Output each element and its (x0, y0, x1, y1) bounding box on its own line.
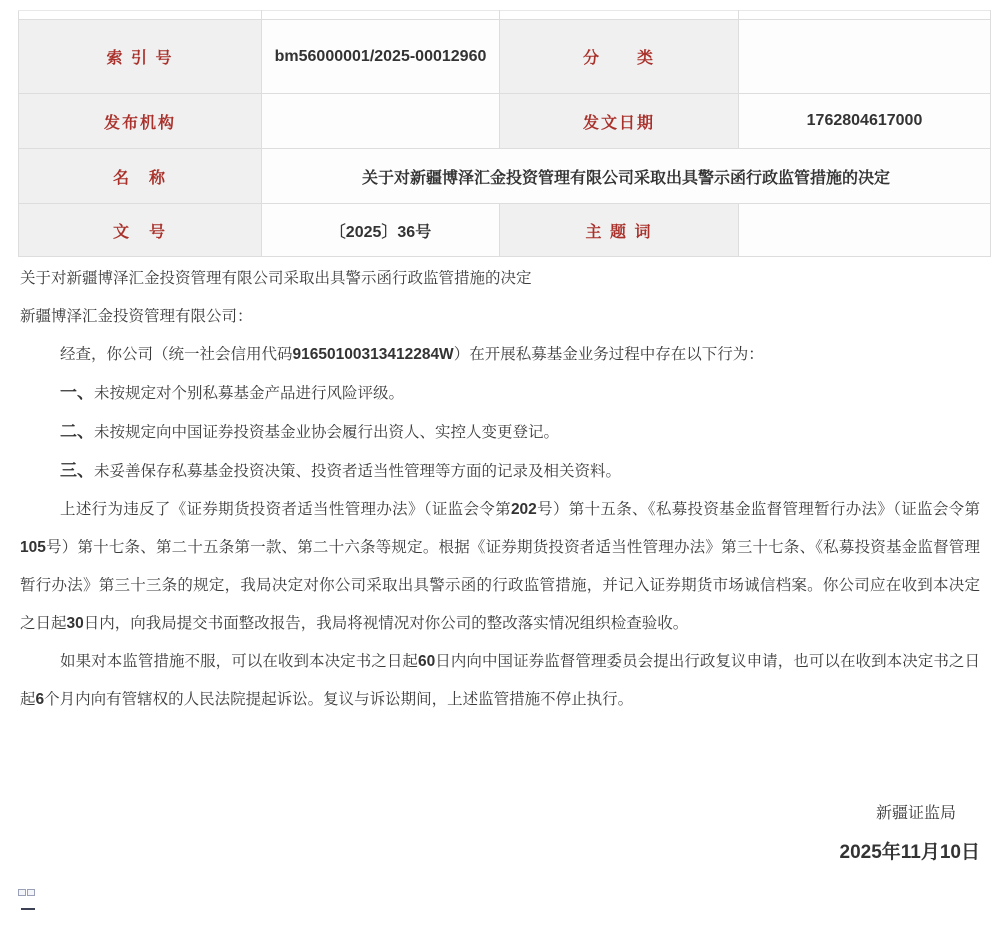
spacer-cell (262, 11, 500, 20)
salutation: 新疆博泽汇金投资管理有限公司： (20, 298, 980, 336)
meta-label-issuing-agency: 发布机构 (19, 94, 262, 149)
item-marker: 三、 (60, 461, 94, 480)
item-text: 未按规定对个别私募基金产品进行风险评级。 (94, 385, 404, 402)
spacer-cell (19, 11, 262, 20)
meta-table-spacer-row (19, 11, 991, 20)
meta-value-document-number: 〔2025〕36号 (262, 204, 500, 257)
document-meta-table: 索 引 号 bm56000001/2025-00012960 分 类 发布机构 … (18, 10, 991, 257)
meta-value-category (739, 20, 991, 94)
spacer-cell (500, 11, 739, 20)
meta-row-name: 名 称 关于对新疆博泽汇金投资管理有限公司采取出具警示函行政监管措施的决定 (19, 149, 991, 204)
meta-label-index-number: 索 引 号 (19, 20, 262, 94)
item-text: 未妥善保存私募基金投资决策、投资者适当性管理等方面的记录及相关资料。 (94, 463, 621, 480)
appeal-paragraph: 如果对本监管措施不服，可以在收到本决定书之日起60日内向中国证券监督管理委员会提… (20, 643, 980, 719)
meta-row-agency: 发布机构 发文日期 1762804617000 (19, 94, 991, 149)
item-text: 未按规定向中国证券投资基金业协会履行出资人、实控人变更登记。 (94, 424, 559, 441)
document-page: 索 引 号 bm56000001/2025-00012960 分 类 发布机构 … (0, 0, 1000, 936)
broken-image-icon (18, 889, 26, 896)
issue-date-line: 2025年11月10日 (20, 833, 980, 873)
broken-image-link[interactable] (18, 889, 36, 903)
spacer-cell (739, 11, 991, 20)
violation-item-3: 三、未妥善保存私募基金投资决策、投资者适当性管理等方面的记录及相关资料。 (20, 452, 980, 491)
violation-item-1: 一、未按规定对个别私募基金产品进行风险评级。 (20, 374, 980, 413)
document-title: 关于对新疆博泽汇金投资管理有限公司采取出具警示函行政监管措施的决定 (20, 260, 980, 298)
meta-value-issue-date: 1762804617000 (739, 94, 991, 149)
meta-value-index-number: bm56000001/2025-00012960 (262, 20, 500, 94)
link-underline (21, 908, 35, 910)
document-body: 关于对新疆博泽汇金投资管理有限公司采取出具警示函行政监管措施的决定 新疆博泽汇金… (0, 257, 1000, 873)
meta-row-docno: 文 号 〔2025〕36号 主 题 词 (19, 204, 991, 257)
broken-image-icon (27, 889, 35, 896)
violation-item-2: 二、未按规定向中国证券投资基金业协会履行出资人、实控人变更登记。 (20, 413, 980, 452)
meta-label-document-number: 文 号 (19, 204, 262, 257)
meta-value-document-name: 关于对新疆博泽汇金投资管理有限公司采取出具警示函行政监管措施的决定 (262, 149, 991, 204)
issuer-name: 新疆证监局 (20, 795, 980, 833)
intro-paragraph: 经查，你公司（统一社会信用代码91650100313412284W）在开展私募基… (20, 336, 980, 374)
signature-block: 新疆证监局 2025年11月10日 (20, 795, 980, 873)
meta-label-document-name: 名 称 (19, 149, 262, 204)
measures-paragraph: 上述行为违反了《证券期货投资者适当性管理办法》（证监会令第202号）第十五条、《… (20, 491, 980, 643)
meta-row-index: 索 引 号 bm56000001/2025-00012960 分 类 (19, 20, 991, 94)
meta-label-category: 分 类 (500, 20, 739, 94)
meta-value-subject-words (739, 204, 991, 257)
meta-value-issuing-agency (262, 94, 500, 149)
meta-label-subject-words: 主 题 词 (500, 204, 739, 257)
meta-label-issue-date: 发文日期 (500, 94, 739, 149)
item-marker: 一、 (60, 383, 94, 402)
item-marker: 二、 (60, 422, 94, 441)
